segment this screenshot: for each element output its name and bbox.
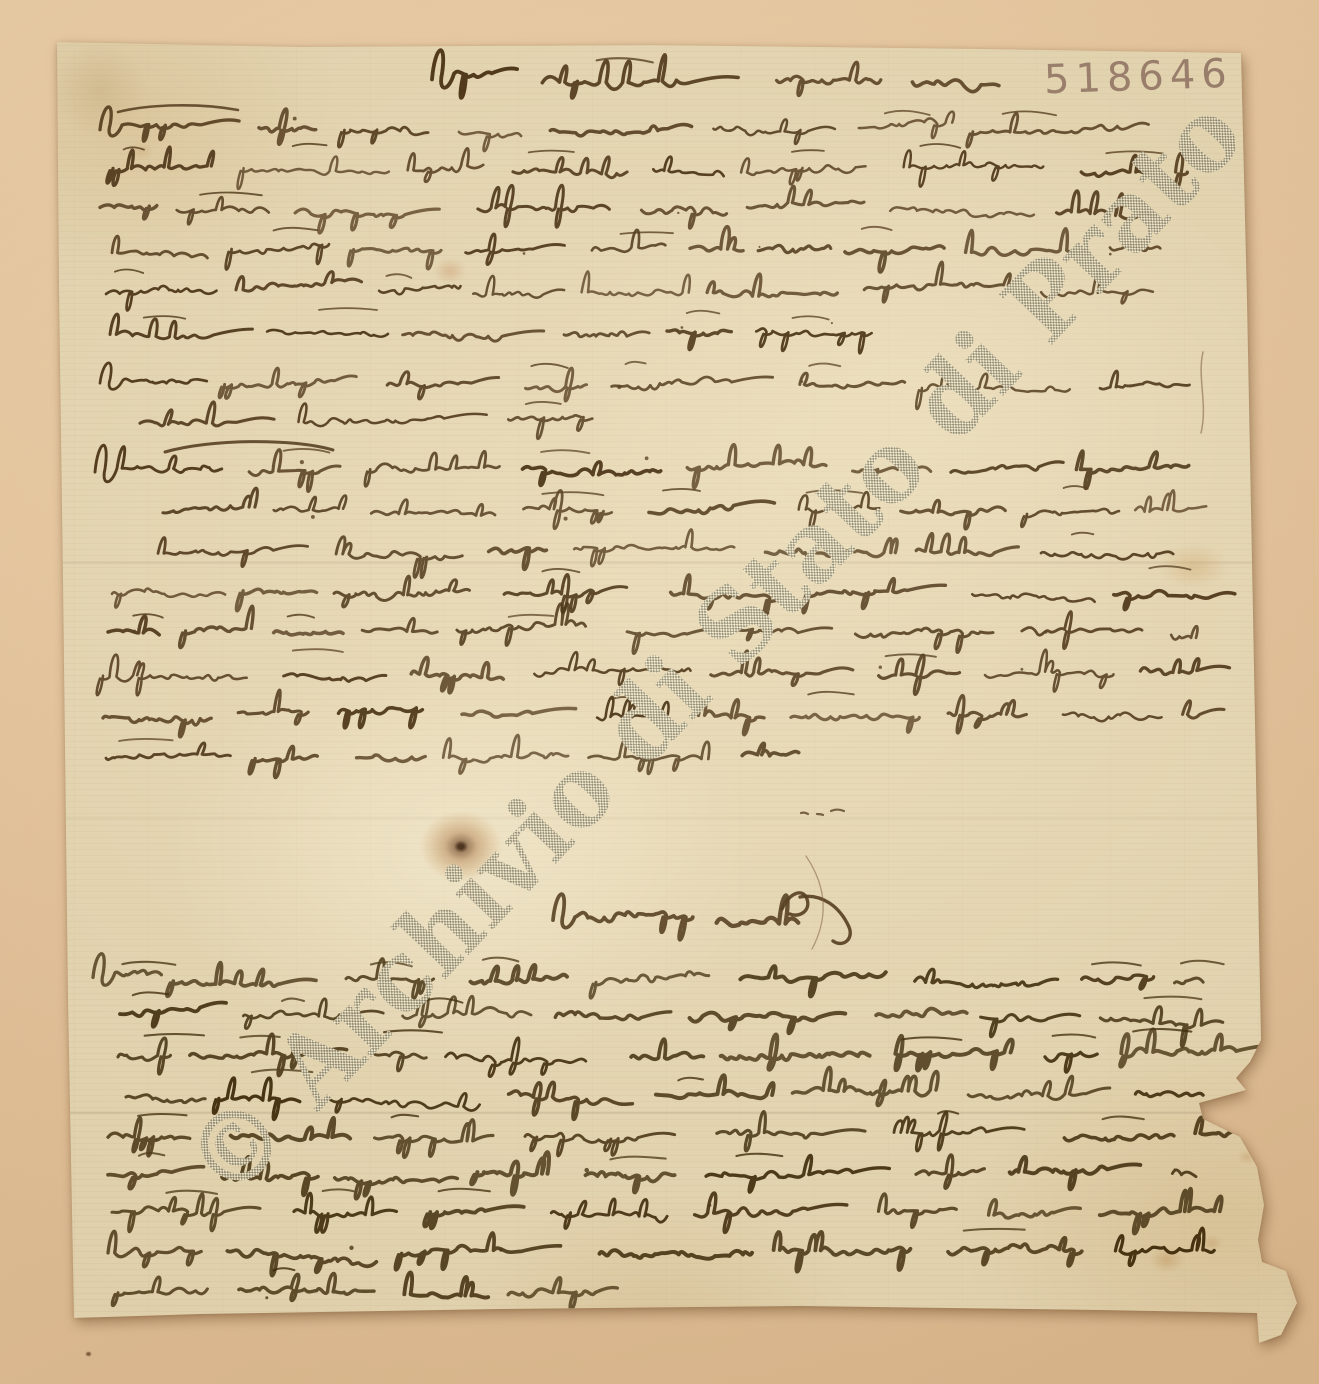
edge-squiggle bbox=[1201, 352, 1203, 433]
script-word-b6 bbox=[411, 657, 503, 692]
macron-a2 bbox=[792, 150, 824, 152]
ink-speck bbox=[677, 212, 679, 214]
script-word-a5 bbox=[379, 286, 460, 295]
script-word-a6 bbox=[267, 330, 388, 337]
script-word-c6 bbox=[706, 1155, 889, 1192]
script-word-a3 bbox=[890, 207, 1034, 217]
script-word-a1 bbox=[259, 109, 316, 144]
script-word-b7 bbox=[238, 690, 308, 724]
script-word-b5 bbox=[180, 606, 254, 647]
script-word-a2 bbox=[513, 157, 627, 178]
script-word-c8 bbox=[774, 1232, 911, 1272]
script-word-b4 bbox=[1114, 591, 1235, 610]
script-word-c4 bbox=[126, 1095, 205, 1103]
catalog-number: 518646 bbox=[1043, 51, 1233, 104]
ink-speck bbox=[681, 326, 684, 329]
script-word-header bbox=[912, 80, 998, 92]
script-word-a6 bbox=[667, 330, 731, 350]
script-word-a6 bbox=[403, 331, 544, 341]
script-word-a2 bbox=[653, 157, 723, 176]
macron-a7 bbox=[626, 362, 646, 364]
script-word-c4 bbox=[793, 1067, 939, 1105]
script-word-b5 bbox=[855, 628, 993, 652]
macron-a7 bbox=[809, 364, 840, 367]
script-word-c7 bbox=[989, 1200, 1081, 1218]
script-word-a1 bbox=[713, 119, 835, 144]
ink-speck bbox=[293, 117, 297, 121]
script-word-a2 bbox=[741, 158, 865, 184]
macron-a6 bbox=[793, 316, 829, 319]
macron-a6 bbox=[687, 311, 720, 314]
macron-a5 bbox=[115, 269, 143, 273]
script-word-b2 bbox=[649, 501, 774, 514]
script-word-c8 bbox=[108, 1231, 201, 1267]
macron-a2 bbox=[529, 151, 574, 153]
macron-b5 bbox=[133, 614, 163, 617]
ink-speck bbox=[831, 322, 833, 324]
macron-c6 bbox=[736, 1154, 782, 1156]
script-word-b5 bbox=[274, 631, 343, 635]
ink-speck bbox=[584, 1168, 589, 1173]
script-word-b5 bbox=[362, 618, 437, 633]
ink-speck bbox=[879, 665, 882, 668]
ink-speck bbox=[645, 456, 649, 460]
ink-speck bbox=[133, 630, 136, 633]
script-word-a3 bbox=[100, 205, 157, 219]
script-word-b5 bbox=[1171, 626, 1197, 639]
macron-b5 bbox=[288, 615, 315, 618]
script-word-c1 bbox=[740, 966, 885, 996]
script-word-c1 bbox=[167, 963, 316, 997]
macron-c8 bbox=[964, 1229, 1025, 1231]
script-word-c4 bbox=[1135, 1092, 1203, 1097]
script-word-b7 bbox=[462, 708, 576, 717]
macron-a6 bbox=[319, 308, 377, 310]
script-word-b3 bbox=[574, 530, 734, 567]
ink-speck bbox=[758, 246, 760, 248]
ink-speck bbox=[155, 1138, 157, 1140]
script-word-a4 bbox=[466, 234, 565, 265]
ink-speck bbox=[709, 1204, 712, 1207]
ink-speck bbox=[564, 517, 568, 521]
script-word-a5 bbox=[106, 286, 216, 310]
script-word-b4 bbox=[972, 594, 1094, 602]
script-word-b1 bbox=[365, 451, 500, 486]
script-word-c3 bbox=[721, 1035, 870, 1070]
script-word-a7 bbox=[526, 368, 587, 401]
ink-speck bbox=[801, 380, 804, 383]
macron-a4 bbox=[862, 227, 892, 230]
script-word-a2 bbox=[238, 156, 389, 189]
script-word-b8 bbox=[249, 746, 317, 777]
macron-c1 bbox=[1181, 961, 1224, 964]
script-word-c2 bbox=[876, 1009, 967, 1017]
script-word-b3 bbox=[158, 538, 308, 567]
ink-speck bbox=[349, 1246, 353, 1250]
macron-a2 bbox=[920, 144, 960, 148]
script-word-a4 bbox=[226, 244, 329, 270]
script-word-a7 bbox=[1100, 371, 1190, 389]
macron-c6 bbox=[610, 1157, 665, 1160]
script-word-b1 bbox=[95, 445, 222, 481]
script-word-c9 bbox=[112, 1277, 207, 1306]
script-word-b2 bbox=[1135, 490, 1206, 511]
script-word-b7 bbox=[1063, 713, 1162, 722]
script-word-c7 bbox=[294, 1193, 397, 1232]
macron-a3 bbox=[200, 192, 262, 195]
script-word-a4 bbox=[690, 227, 743, 251]
macron-c1 bbox=[122, 962, 175, 965]
script-word-b2 bbox=[371, 500, 495, 516]
macron-b4 bbox=[542, 569, 579, 572]
script-word-c5 bbox=[375, 1120, 493, 1158]
script-word-a2 bbox=[904, 150, 1044, 186]
macron-b2 bbox=[663, 489, 700, 491]
script-word-b2 bbox=[274, 496, 347, 512]
macron-b4 bbox=[1149, 566, 1190, 569]
a1-overline bbox=[118, 105, 238, 112]
macron-a6 bbox=[144, 316, 186, 319]
script-word-b7 bbox=[103, 716, 211, 737]
script-word-c4 bbox=[968, 1076, 1110, 1099]
script-word-c8 bbox=[948, 1238, 1082, 1266]
script-word-b7 bbox=[339, 708, 423, 728]
script-word-a7 bbox=[219, 368, 356, 398]
paper-surface-layers: © Archivio di Stato di Prato 518646 bbox=[0, 0, 1319, 1384]
macron-a4 bbox=[274, 228, 318, 231]
macron-c7 bbox=[439, 1189, 490, 1192]
macron-c5 bbox=[1103, 1117, 1144, 1120]
macron-a4 bbox=[621, 232, 674, 234]
script-word-b3 bbox=[916, 534, 1018, 556]
ink-speck bbox=[617, 385, 622, 390]
script-word-b8 bbox=[357, 755, 426, 761]
script-word-a4 bbox=[112, 236, 207, 258]
script-word-c3 bbox=[446, 1038, 586, 1077]
script-word-a6 bbox=[756, 328, 871, 353]
macron-a2 bbox=[293, 144, 327, 146]
macron-c7 bbox=[166, 1191, 217, 1194]
script-word-a5 bbox=[473, 276, 564, 298]
script-word-a8 bbox=[299, 404, 487, 427]
script-word-a7 bbox=[387, 372, 498, 399]
script-word-c2 bbox=[1100, 1007, 1222, 1047]
script-word-b1 bbox=[523, 462, 661, 486]
script-word-b2 bbox=[163, 488, 257, 513]
script-word-c4 bbox=[656, 1075, 774, 1098]
script-word-a8 bbox=[140, 402, 274, 426]
script-word-c6 bbox=[916, 1155, 984, 1189]
script-word-c6 bbox=[471, 1152, 549, 1195]
mat-speck bbox=[86, 1352, 91, 1356]
script-word-a1 bbox=[859, 112, 954, 138]
script-word-c9 bbox=[239, 1274, 374, 1301]
macron-b5 bbox=[509, 615, 554, 617]
script-word-c5 bbox=[717, 1112, 865, 1151]
macron-a1 bbox=[1003, 111, 1057, 115]
ink-speck bbox=[265, 1296, 268, 1299]
macron-c2 bbox=[1144, 997, 1201, 1000]
script-word-c8 bbox=[395, 1233, 560, 1270]
script-word-b6 bbox=[284, 674, 386, 682]
macron-a7 bbox=[531, 364, 568, 368]
ink-speck bbox=[311, 515, 315, 519]
script-word-a4 bbox=[758, 245, 830, 252]
script-word-a1 bbox=[338, 127, 428, 147]
script-word-a7 bbox=[612, 377, 773, 390]
script-word-header bbox=[542, 55, 738, 98]
script-word-c1 bbox=[1175, 978, 1204, 984]
script-word-b3 bbox=[336, 537, 462, 578]
script-word-c2 bbox=[555, 1012, 670, 1020]
b1-overline bbox=[165, 442, 333, 452]
script-word-b4 bbox=[334, 576, 469, 607]
script-word-a6 bbox=[564, 332, 649, 337]
script-word-c8 bbox=[1115, 1228, 1214, 1265]
script-word-a4 bbox=[348, 248, 441, 269]
script-word-c7 bbox=[879, 1194, 957, 1227]
script-word-a7 bbox=[100, 363, 207, 389]
macron-b3 bbox=[1072, 533, 1094, 535]
script-word-c1 bbox=[93, 954, 161, 986]
script-word-c9 bbox=[508, 1278, 617, 1309]
macron-b1 bbox=[284, 449, 330, 453]
macron-b7 bbox=[808, 692, 854, 695]
macron-c4 bbox=[678, 1078, 703, 1081]
macron-c3 bbox=[1053, 1035, 1096, 1038]
script-word-b2 bbox=[524, 490, 612, 528]
script-word-c1 bbox=[590, 972, 709, 998]
script-word-b6 bbox=[97, 655, 247, 696]
script-word-c6 bbox=[108, 1167, 204, 1189]
ink-speck bbox=[562, 585, 564, 587]
script-word-a3 bbox=[747, 186, 864, 208]
script-word-b6 bbox=[879, 655, 960, 694]
macron-c2 bbox=[133, 992, 168, 995]
script-word-b7 bbox=[1183, 701, 1224, 718]
macron-c5 bbox=[392, 1115, 419, 1118]
script-word-b3 bbox=[489, 548, 547, 570]
script-word-a1 bbox=[550, 125, 691, 136]
script-word-c6 bbox=[335, 1177, 458, 1199]
script-word-b5 bbox=[1022, 612, 1142, 649]
script-word-a2 bbox=[408, 148, 484, 181]
script-word-c5 bbox=[1064, 1135, 1174, 1141]
macron-b6 bbox=[886, 654, 936, 657]
macron-b2 bbox=[542, 492, 603, 495]
script-word-a4 bbox=[845, 246, 944, 272]
script-word-c7 bbox=[551, 1199, 667, 1229]
script-word-a5 bbox=[582, 271, 690, 295]
script-word-c2 bbox=[120, 1003, 226, 1027]
ink-speck bbox=[1020, 668, 1023, 671]
macron-c5 bbox=[138, 1114, 187, 1116]
script-word-b6 bbox=[985, 650, 1114, 692]
macron-c3 bbox=[145, 1034, 204, 1036]
script-word-a3 bbox=[641, 207, 726, 228]
script-word-c3 bbox=[1045, 1052, 1097, 1072]
ink-speck bbox=[1174, 1168, 1176, 1170]
script-word-b4 bbox=[112, 589, 225, 608]
script-word-b4 bbox=[236, 589, 316, 611]
script-word-c5 bbox=[894, 1112, 1024, 1151]
archival-photo: © Archivio di Stato di Prato 518646 bbox=[0, 0, 1319, 1384]
script-word-header bbox=[777, 62, 881, 95]
ellipsis-marks bbox=[801, 810, 844, 816]
macron-b6 bbox=[293, 649, 343, 652]
macron-a5 bbox=[386, 274, 411, 278]
script-word-header bbox=[432, 50, 517, 98]
macron-c3 bbox=[903, 1037, 962, 1040]
script-word-c6 bbox=[1010, 1157, 1141, 1190]
script-word-c8 bbox=[600, 1250, 753, 1259]
ink-speck bbox=[1045, 631, 1048, 634]
macron-a8 bbox=[526, 402, 561, 404]
script-word-c6 bbox=[586, 1172, 675, 1193]
script-word-a3 bbox=[177, 197, 269, 224]
ink-speck bbox=[499, 1248, 502, 1251]
script-word-c3 bbox=[895, 1036, 1012, 1071]
script-word-c9 bbox=[404, 1272, 488, 1297]
script-word-a8 bbox=[508, 415, 592, 438]
script-word-c6 bbox=[1172, 1170, 1196, 1177]
script-word-b8 bbox=[742, 743, 799, 756]
script-word-c1 bbox=[915, 969, 1058, 987]
ink-speck bbox=[523, 252, 526, 255]
macron-b1 bbox=[541, 450, 589, 453]
script-word-c4 bbox=[509, 1082, 633, 1119]
script-word-a5 bbox=[236, 272, 362, 291]
script-word-b1 bbox=[1076, 451, 1188, 488]
script-word-b2 bbox=[1021, 509, 1119, 527]
macron-c1 bbox=[1092, 962, 1141, 965]
script-word-a2 bbox=[107, 147, 214, 185]
macron-c9 bbox=[274, 1268, 295, 1270]
script-word-b7 bbox=[791, 714, 919, 732]
script-word-b8 bbox=[106, 743, 230, 760]
script-word-c2 bbox=[981, 1014, 1080, 1037]
script-word-c7 bbox=[1100, 1189, 1222, 1234]
macron-a1 bbox=[885, 111, 930, 115]
script-word-c7 bbox=[695, 1193, 847, 1232]
script-word-c1 bbox=[1082, 975, 1154, 989]
script-word-b1 bbox=[249, 450, 340, 492]
script-word-c8 bbox=[227, 1250, 376, 1276]
macron-c7 bbox=[323, 1189, 354, 1191]
script-word-signature bbox=[553, 894, 693, 940]
script-word-c2 bbox=[690, 1013, 846, 1034]
script-word-a3 bbox=[478, 185, 610, 227]
script-word-b3 bbox=[1041, 552, 1173, 560]
ink-speck bbox=[300, 460, 304, 464]
script-word-b6 bbox=[1140, 659, 1229, 675]
script-word-c3 bbox=[118, 1038, 171, 1074]
macron-b8 bbox=[119, 739, 173, 741]
script-word-a5 bbox=[707, 274, 837, 297]
script-word-b7 bbox=[948, 695, 1026, 733]
script-word-c7 bbox=[424, 1206, 523, 1228]
script-word-c3 bbox=[631, 1039, 703, 1059]
